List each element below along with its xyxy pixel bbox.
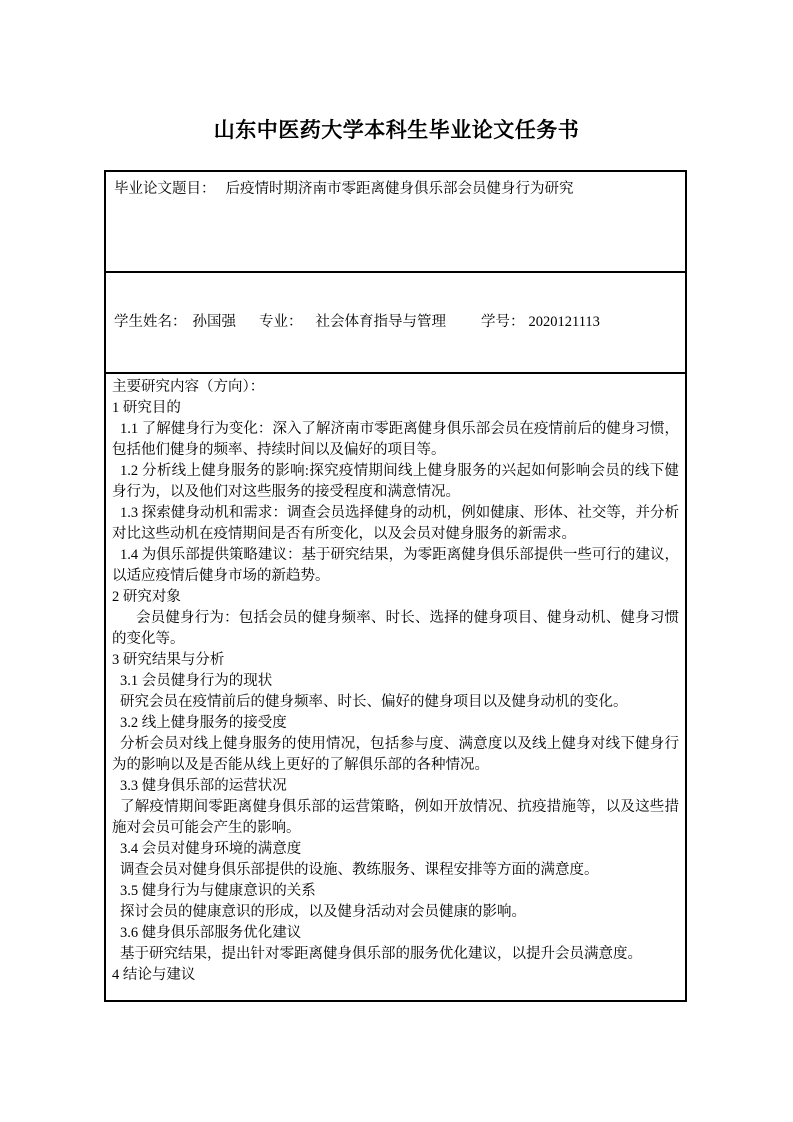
student-id-value: 2020121113 bbox=[529, 312, 600, 333]
content-paragraph: 调查会员对健身俱乐部提供的设施、教练服务、课程安排等方面的满意度。 bbox=[112, 860, 679, 881]
document-page: 山东中医药大学本科生毕业论文任务书 毕业论文题目：后疫情时期济南市零距离健身俱乐… bbox=[0, 0, 793, 1122]
content-paragraph: 2 研究对象 bbox=[112, 587, 679, 608]
content-paragraph: 3.3 健身俱乐部的运营状况 bbox=[112, 776, 679, 797]
assignment-table: 毕业论文题目：后疫情时期济南市零距离健身俱乐部会员健身行为研究 学生姓名：孙国强… bbox=[104, 170, 687, 1002]
document-title: 山东中医药大学本科生毕业论文任务书 bbox=[0, 117, 793, 144]
research-content-heading: 主要研究内容（方向）： bbox=[112, 377, 679, 398]
content-paragraph: 3 研究结果与分析 bbox=[112, 650, 679, 671]
student-info-row: 学生姓名：孙国强专业：社会体育指导与管理学号：2020121113 bbox=[106, 273, 685, 374]
content-paragraph: 3.6 健身俱乐部服务优化建议 bbox=[112, 923, 679, 944]
content-paragraph: 1.2 分析线上健身服务的影响:探究疫情期间线上健身服务的兴起如何影响会员的线下… bbox=[112, 461, 679, 503]
content-paragraph: 1.1 了解健身行为变化：深入了解济南市零距离健身俱乐部会员在疫情前后的健身习惯… bbox=[112, 419, 679, 461]
student-name-label: 学生姓名： bbox=[114, 312, 187, 333]
content-paragraph: 3.4 会员对健身环境的满意度 bbox=[112, 839, 679, 860]
research-content-body: 1 研究目的1.1 了解健身行为变化：深入了解济南市零距离健身俱乐部会员在疫情前… bbox=[112, 398, 679, 986]
content-paragraph: 3.5 健身行为与健康意识的关系 bbox=[112, 881, 679, 902]
thesis-title-label: 毕业论文题目： bbox=[114, 179, 216, 200]
student-id-label: 学号： bbox=[481, 312, 525, 333]
student-info-line: 学生姓名：孙国强专业：社会体育指导与管理学号：2020121113 bbox=[114, 312, 600, 333]
thesis-title-row: 毕业论文题目：后疫情时期济南市零距离健身俱乐部会员健身行为研究 bbox=[106, 172, 685, 273]
content-paragraph: 会员健身行为：包括会员的健身频率、时长、选择的健身项目、健身动机、健身习惯的变化… bbox=[112, 608, 679, 650]
research-content-row: 主要研究内容（方向）： 1 研究目的1.1 了解健身行为变化：深入了解济南市零距… bbox=[106, 374, 685, 1000]
major-label: 专业： bbox=[259, 312, 303, 333]
content-paragraph: 基于研究结果，提出针对零距离健身俱乐部的服务优化建议，以提升会员满意度。 bbox=[112, 944, 679, 965]
content-paragraph: 了解疫情期间零距离健身俱乐部的运营策略，例如开放情况、抗疫措施等，以及这些措施对… bbox=[112, 797, 679, 839]
content-paragraph: 4 结论与建议 bbox=[112, 965, 679, 986]
content-paragraph: 3.1 会员健身行为的现状 bbox=[112, 671, 679, 692]
content-paragraph: 1.4 为俱乐部提供策略建议：基于研究结果，为零距离健身俱乐部提供一些可行的建议… bbox=[112, 545, 679, 587]
thesis-title-value: 后疫情时期济南市零距离健身俱乐部会员健身行为研究 bbox=[226, 179, 574, 200]
content-paragraph: 研究会员在疫情前后的健身频率、时长、偏好的健身项目以及健身动机的变化。 bbox=[112, 692, 679, 713]
content-paragraph: 3.2 线上健身服务的接受度 bbox=[112, 713, 679, 734]
content-paragraph: 1 研究目的 bbox=[112, 398, 679, 419]
content-paragraph: 探讨会员的健康意识的形成，以及健身活动对会员健康的影响。 bbox=[112, 902, 679, 923]
content-paragraph: 1.3 探索健身动机和需求：调查会员选择健身的动机，例如健康、形体、社交等，并分… bbox=[112, 503, 679, 545]
content-paragraph: 分析会员对线上健身服务的使用情况，包括参与度、满意度以及线上健身对线下健身行为的… bbox=[112, 734, 679, 776]
student-name-value: 孙国强 bbox=[193, 312, 237, 333]
major-value: 社会体育指导与管理 bbox=[316, 312, 447, 333]
